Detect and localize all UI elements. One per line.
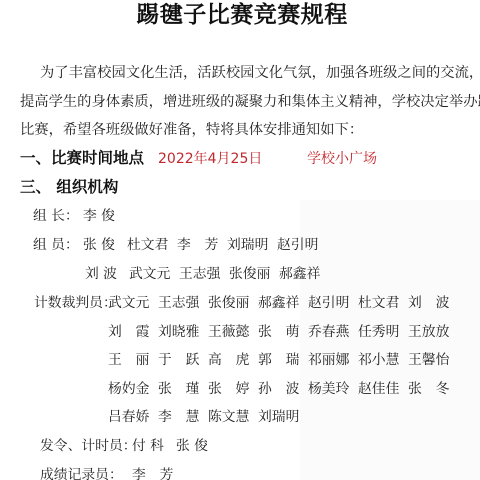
judge-name: 杜文君: [358, 297, 399, 311]
member-name: 赵引明: [277, 239, 318, 253]
recorder-label: 成绩记录员：: [40, 469, 123, 480]
judge-name: 刘 霞: [108, 326, 149, 340]
members-label: 组 员：: [33, 239, 79, 253]
leader-label: 组 长：: [33, 210, 79, 224]
judge-name: 刘 波: [408, 297, 449, 311]
judge-name: 张 瑾: [158, 383, 199, 397]
judge-name: 张 婷: [208, 383, 249, 397]
member-name: 张俊丽: [229, 268, 270, 282]
leader-name: 李 俊: [83, 210, 115, 224]
document-title: 踢毽子比赛竞赛规程: [0, 4, 480, 27]
member-name: 武文元: [129, 268, 170, 282]
intro-line-2: 提高学生的身体素质，增进班级的凝聚力和集体主义精神，学校决定举办踢毽子: [20, 95, 480, 109]
judge-name: 刘晓雅: [158, 326, 199, 340]
starter-name: 张 俊: [176, 440, 208, 454]
judge-name: 王 丽: [108, 354, 149, 368]
member-name: 王志强: [179, 268, 220, 282]
judges-label: 计数裁判员：: [34, 297, 117, 311]
judge-name: 陈文慧: [208, 411, 249, 425]
judge-name: 祁小慧: [358, 354, 399, 368]
judge-name: 王志强: [158, 297, 199, 311]
judge-name: 张 冬: [408, 383, 449, 397]
recorder-name: 李 芳: [132, 469, 173, 480]
member-name: 张 俊: [83, 239, 115, 253]
judge-name: 张俊丽: [208, 297, 249, 311]
member-name: 郝鑫祥: [279, 268, 320, 282]
judge-name: 李 慧: [158, 411, 199, 425]
judge-name: 祁丽娜: [308, 354, 349, 368]
judge-name: 任秀明: [358, 326, 399, 340]
member-name: 刘瑞明: [227, 239, 268, 253]
background-shade: [300, 200, 480, 480]
event-place: 学校小广场: [307, 152, 377, 166]
judge-name: 杨美玲: [308, 383, 349, 397]
judge-name: 武文元: [108, 297, 149, 311]
judge-name: 张 萌: [258, 326, 299, 340]
judge-name: 乔春燕: [308, 326, 349, 340]
judge-name: 赵引明: [308, 297, 349, 311]
judge-name: 王放放: [408, 326, 449, 340]
judge-name: 王薇懿: [208, 326, 249, 340]
judge-name: 高 虎: [208, 354, 249, 368]
judge-name: 王馨怡: [408, 354, 449, 368]
member-name: 刘 波: [85, 268, 117, 282]
member-name: 李 芳: [177, 239, 218, 253]
judge-name: 刘瑞明: [258, 411, 299, 425]
member-name: 杜文君: [127, 239, 168, 253]
judge-name: 赵佳佳: [358, 383, 399, 397]
judge-name: 郭 瑞: [258, 354, 299, 368]
judge-name: 孙 波: [258, 383, 299, 397]
starter-label: 发令、计时员：: [40, 440, 137, 454]
judge-name: 杨妁金: [108, 383, 149, 397]
section-3-heading: 三、 组织机构: [20, 180, 118, 196]
intro-line-3: 比赛，希望各班级做好准备，特将具体安排通知如下：: [20, 123, 363, 137]
event-date: 2022年4月25日: [158, 152, 262, 166]
starter-name: 付 科: [132, 440, 164, 454]
judge-name: 郝鑫祥: [258, 297, 299, 311]
judge-name: 吕春娇: [108, 411, 149, 425]
intro-line-1: 为了丰富校园文化生活，活跃校园文化气氛，加强各班级之间的交流，进一步: [40, 66, 480, 80]
section-1-heading: 一、比赛时间地点: [20, 151, 144, 167]
judge-name: 于 跃: [158, 354, 199, 368]
